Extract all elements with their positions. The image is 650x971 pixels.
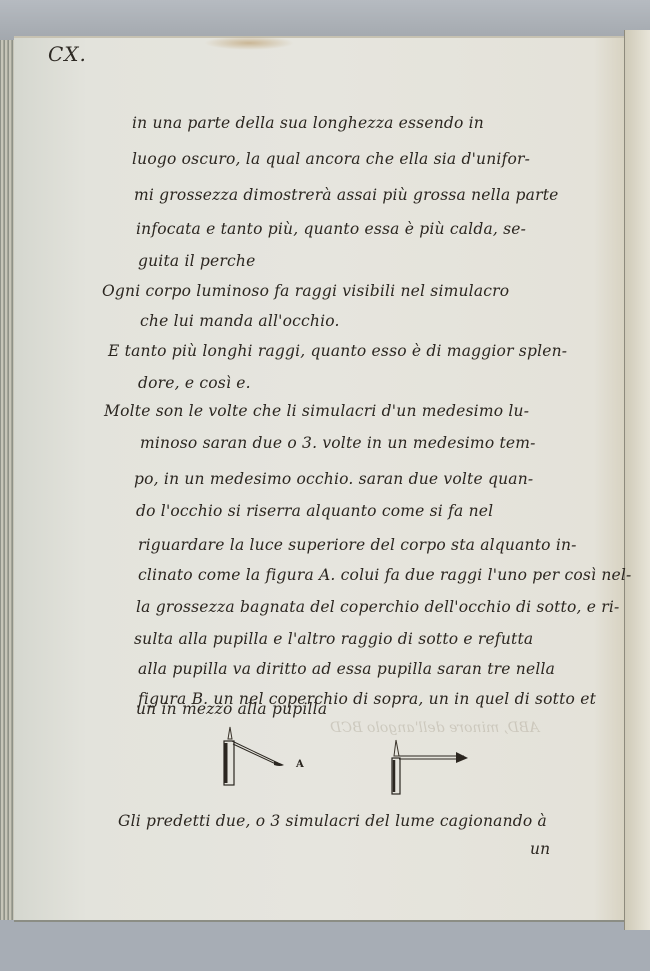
text-line: che lui manda all'occhio.: [140, 312, 340, 330]
manuscript-text: ABD, minore dell'angolo BCD in una parte…: [0, 0, 650, 971]
text-line: la grossezza bagnata del coperchio dell'…: [136, 598, 619, 616]
text-line: infocata e tanto più, quanto essa è più …: [136, 220, 526, 238]
text-line: Gli predetti due, o 3 simulacri del lume…: [118, 812, 547, 830]
text-line: guita il perche: [138, 252, 255, 270]
figure-a-label: A: [296, 759, 304, 770]
text-line: Ogni corpo luminoso fa raggi visibili ne…: [102, 282, 509, 300]
text-line: riguardare la luce superiore del corpo s…: [138, 536, 577, 554]
text-line: luogo oscuro, la qual ancora che ella si…: [132, 150, 530, 168]
text-line: clinato come la figura A. colui fa due r…: [138, 566, 631, 584]
text-line: dore, e così e.: [138, 374, 251, 392]
text-line: sulta alla pupilla e l'altro raggio di s…: [134, 630, 533, 648]
candle-horizontal-ray-icon: [388, 738, 478, 798]
text-line: un in mezzo alla pupilla: [136, 700, 327, 718]
text-line: po, in un medesimo occhio. saran due vol…: [134, 470, 533, 488]
bleed-through-text: ABD, minore dell'angolo BCD: [330, 720, 539, 736]
text-line: E tanto più longhi raggi, quanto esso è …: [108, 342, 567, 360]
text-line: do l'occhio si riserra alquanto come si …: [136, 502, 493, 520]
text-line: un: [530, 840, 550, 858]
text-line: in una parte della sua longhezza essendo…: [132, 114, 484, 132]
text-line: Molte son le volte che li simulacri d'un…: [104, 402, 529, 420]
candle-inclined-ray-icon: [216, 725, 306, 795]
text-line: mi grossezza dimostrerà assai più grossa…: [134, 186, 559, 204]
figure-b: [388, 738, 478, 798]
text-line: alla pupilla va diritto ad essa pupilla …: [138, 660, 555, 678]
text-line: minoso saran due o 3. volte in un medesi…: [140, 434, 536, 452]
figure-a: A: [216, 725, 306, 795]
